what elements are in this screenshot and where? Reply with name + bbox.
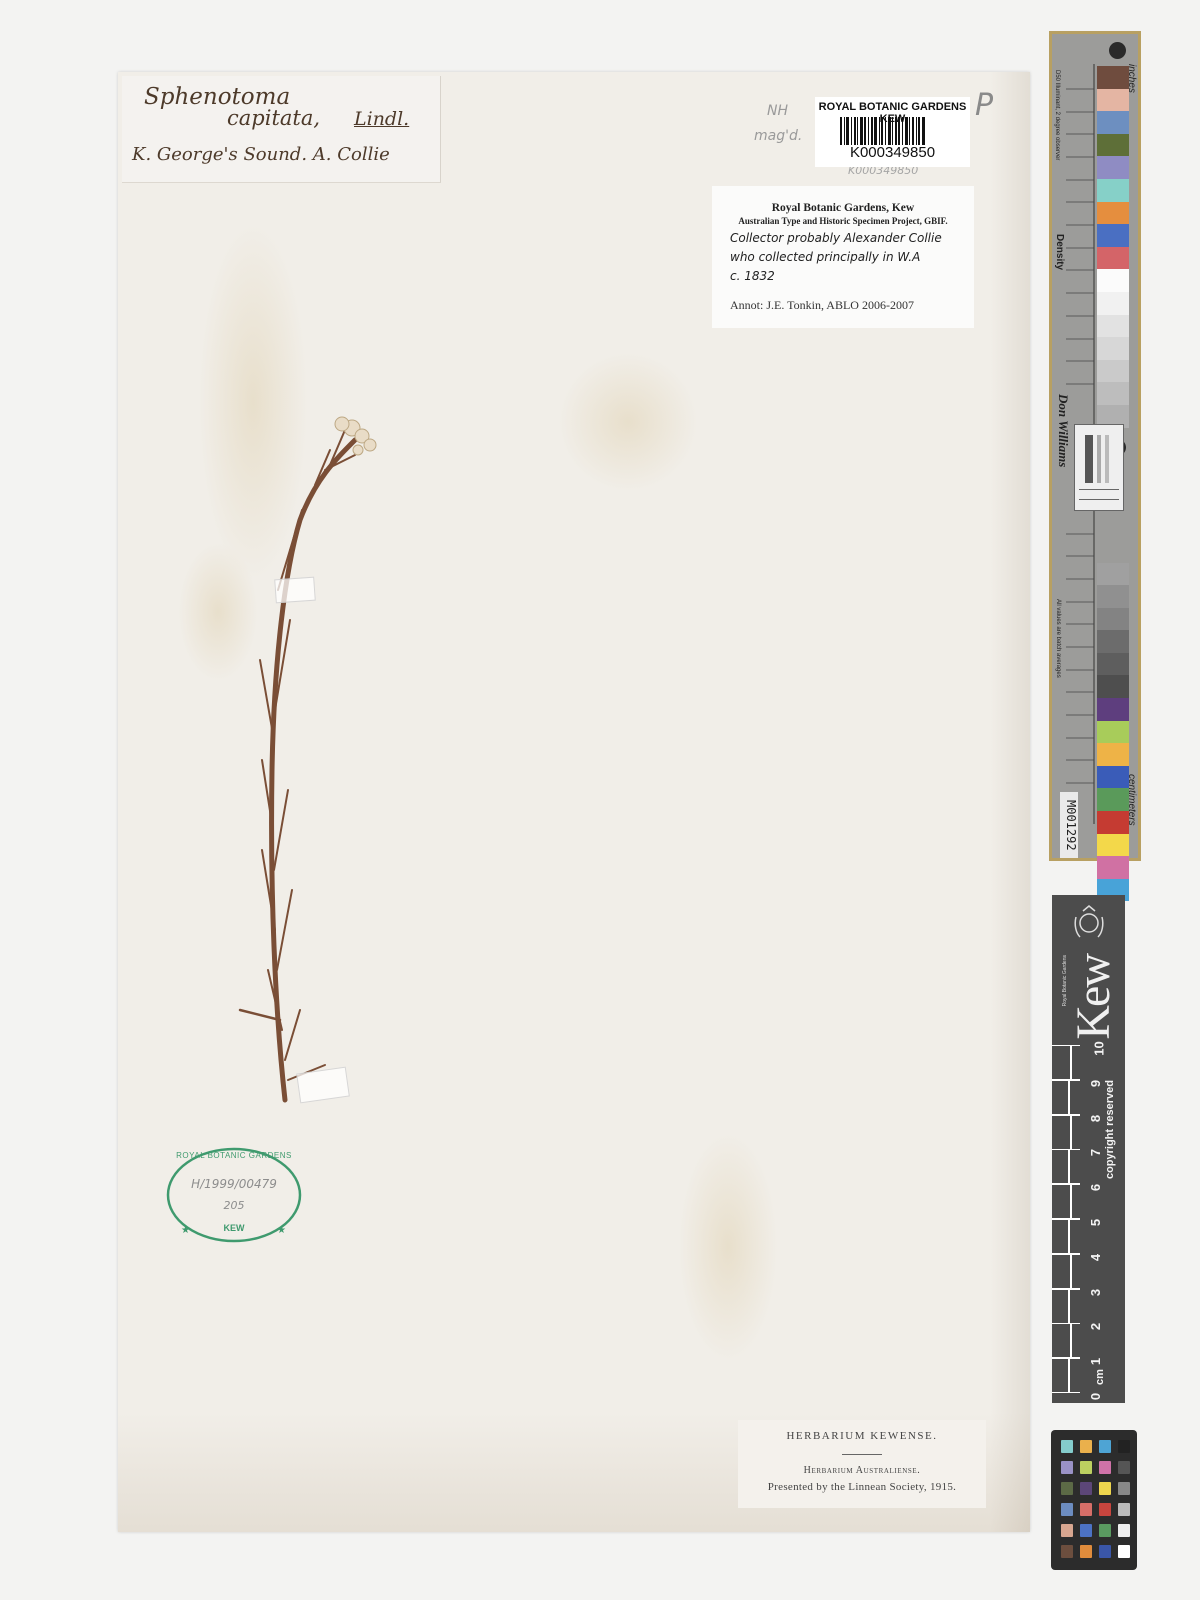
pencil-note: mag'd. — [754, 128, 802, 144]
color-patch — [1097, 179, 1129, 202]
scale-cell — [1070, 1150, 1080, 1183]
color-swatch — [1118, 1503, 1130, 1516]
scale-tick-label: 10 — [1092, 1041, 1107, 1055]
color-patch — [1097, 134, 1129, 157]
color-patch — [1097, 834, 1129, 857]
scale-cell — [1052, 1185, 1070, 1218]
scale-cell — [1070, 1290, 1080, 1323]
color-patch — [1097, 89, 1129, 112]
taxon-species: capitata, — [227, 106, 320, 130]
copyright-text: copyright reserved — [1104, 1080, 1116, 1179]
color-patch — [1097, 315, 1129, 338]
color-patch — [1097, 698, 1129, 721]
barcode-icon — [840, 117, 944, 145]
herbarium-provenance: Presented by the Linnean Society, 1915. — [738, 1481, 986, 1493]
herbarium-collection: Herbarium Australiense. — [738, 1465, 986, 1476]
color-patch — [1097, 269, 1129, 292]
color-patch — [1097, 247, 1129, 270]
color-patch — [1097, 608, 1129, 631]
scale-cell — [1052, 1046, 1070, 1079]
annotation-label: Royal Botanic Gardens, Kew Australian Ty… — [712, 186, 974, 328]
color-patch — [1097, 337, 1129, 360]
color-patch — [1097, 675, 1129, 698]
pencil-corner-mark: P — [975, 88, 993, 123]
determination-label: Sphenotoma capitata, Lindl. K. George's … — [122, 76, 441, 183]
color-patch — [1097, 202, 1129, 225]
stamp-kew-text: KEW — [165, 1223, 303, 1233]
barcode-number: K000349850 — [815, 144, 970, 161]
color-swatch — [1099, 1461, 1111, 1474]
herbarium-kewense-label: HERBARIUM KEWENSE. Herbarium Australiens… — [738, 1420, 986, 1508]
color-checker-card — [1051, 1430, 1137, 1570]
color-swatch — [1080, 1461, 1092, 1474]
stamp-sub-number: 205 — [165, 1199, 303, 1212]
color-patch — [1097, 743, 1129, 766]
scale-cell — [1070, 1220, 1080, 1253]
foxing-stain — [558, 352, 698, 492]
color-swatch — [1080, 1440, 1092, 1453]
ruler-code: M001292 — [1060, 792, 1078, 858]
kew-scale-bar: Royal Botanic Gardens Kew 109876543210 c… — [1052, 895, 1125, 1403]
color-swatch — [1099, 1545, 1111, 1558]
color-patch — [1097, 382, 1129, 405]
color-patch — [1097, 563, 1129, 586]
color-swatch — [1099, 1482, 1111, 1495]
scale-cell — [1070, 1359, 1080, 1392]
color-swatch — [1080, 1482, 1092, 1495]
color-patch — [1097, 66, 1129, 89]
color-patch — [1097, 653, 1129, 676]
scale-cell — [1072, 1116, 1080, 1149]
edge-shadow — [990, 72, 1030, 1532]
kew-accession-stamp: ★ ★ ROYAL BOTANIC GARDENS H/1999/00479 2… — [165, 1145, 303, 1245]
annotation-handwritten: c. 1832 — [730, 269, 775, 283]
color-swatch — [1080, 1503, 1092, 1516]
scale-cell — [1052, 1324, 1070, 1357]
scale-tick-label: 3 — [1088, 1288, 1103, 1295]
barcode-label: ROYAL BOTANIC GARDENS KEW K000349850 — [815, 97, 970, 167]
scale-cell — [1052, 1290, 1068, 1323]
scale-tick-label: 4 — [1088, 1254, 1103, 1261]
scale-tick-label: 1 — [1088, 1358, 1103, 1365]
divider — [842, 1454, 882, 1455]
taxon-author: Lindl. — [354, 108, 409, 130]
scale-cell — [1072, 1046, 1080, 1079]
annotation-handwritten: who collected principally in W.A — [730, 250, 920, 264]
color-patch — [1097, 156, 1129, 179]
unit-inches: inches — [1126, 64, 1137, 93]
scale-cell — [1052, 1359, 1068, 1392]
color-patch — [1097, 224, 1129, 247]
scale-tick-label: 9 — [1088, 1080, 1103, 1087]
color-swatch — [1118, 1524, 1130, 1537]
color-swatch — [1118, 1482, 1130, 1495]
color-patch — [1097, 788, 1129, 811]
color-swatch — [1061, 1482, 1073, 1495]
color-swatch — [1099, 1440, 1111, 1453]
observer-text: D50 Illuminant, 2 degree observer — [1054, 70, 1060, 160]
color-patch — [1097, 360, 1129, 383]
ruler-brand: Don Williams — [1055, 394, 1071, 467]
annotation-subtitle: Australian Type and Historic Specimen Pr… — [712, 216, 974, 226]
density-label: Density — [1054, 234, 1065, 270]
color-swatch — [1080, 1524, 1092, 1537]
gray-scale-insert — [1074, 424, 1124, 511]
color-swatch — [1061, 1545, 1073, 1558]
scale-cell — [1070, 1081, 1080, 1114]
color-patch — [1097, 811, 1129, 834]
ruler-note: All values are batch averages — [1055, 599, 1061, 678]
scale-cell — [1052, 1081, 1068, 1114]
stamp-arc-text: ROYAL BOTANIC GARDENS — [175, 1151, 293, 1160]
color-swatch — [1099, 1503, 1111, 1516]
annotation-author: Annot: J.E. Tonkin, ABLO 2006-2007 — [730, 298, 914, 313]
color-swatch — [1061, 1440, 1073, 1453]
locality-collector: K. George's Sound. A. Collie — [132, 144, 390, 165]
scale-cell — [1072, 1324, 1080, 1357]
color-swatch — [1118, 1545, 1130, 1558]
herbarium-title: HERBARIUM KEWENSE. — [738, 1430, 986, 1442]
scale-tick-label: 8 — [1088, 1114, 1103, 1121]
kew-logo: Kew — [1066, 955, 1121, 1040]
color-patch — [1097, 111, 1129, 134]
annotation-handwritten: Collector probably Alexander Collie — [730, 231, 942, 245]
color-swatch — [1118, 1461, 1130, 1474]
scale-tick-label: 7 — [1088, 1149, 1103, 1156]
pencil-note: NH — [767, 103, 788, 119]
mounting-tape — [274, 577, 316, 604]
color-patch — [1097, 630, 1129, 653]
ruler-hole-icon — [1109, 42, 1126, 59]
scale-tick-label: 5 — [1088, 1219, 1103, 1226]
color-swatch — [1061, 1503, 1073, 1516]
royal-crest-icon — [1072, 903, 1106, 941]
plant-specimen — [230, 410, 400, 1110]
scale-cell — [1072, 1185, 1080, 1218]
color-patch — [1097, 292, 1129, 315]
stamp-accession-number: H/1999/00479 — [165, 1177, 303, 1191]
color-patch — [1097, 585, 1129, 608]
color-patch — [1097, 856, 1129, 879]
foxing-stain — [678, 1132, 778, 1362]
scale-cell — [1072, 1255, 1080, 1288]
scale-checker — [1052, 1045, 1080, 1393]
scale-unit: cm — [1094, 1369, 1106, 1385]
color-swatch — [1061, 1524, 1073, 1537]
color-swatch — [1080, 1545, 1092, 1558]
color-swatch — [1061, 1461, 1073, 1474]
scale-tick-label: 0 — [1088, 1393, 1103, 1400]
scale-cell — [1052, 1255, 1070, 1288]
annotation-title: Royal Botanic Gardens, Kew — [712, 202, 974, 214]
color-patch — [1097, 766, 1129, 789]
scale-cell — [1052, 1116, 1070, 1149]
color-swatch — [1118, 1440, 1130, 1453]
scale-cell — [1052, 1150, 1068, 1183]
color-patch — [1097, 721, 1129, 744]
scale-cell — [1052, 1220, 1068, 1253]
scale-tick-label: 6 — [1088, 1184, 1103, 1191]
color-calibration-ruler: D50 Illuminant, 2 degree observer Densit… — [1049, 31, 1141, 861]
scale-tick-label: 2 — [1088, 1323, 1103, 1330]
color-swatch — [1099, 1524, 1111, 1537]
unit-centimeters: centimeters — [1126, 774, 1137, 826]
